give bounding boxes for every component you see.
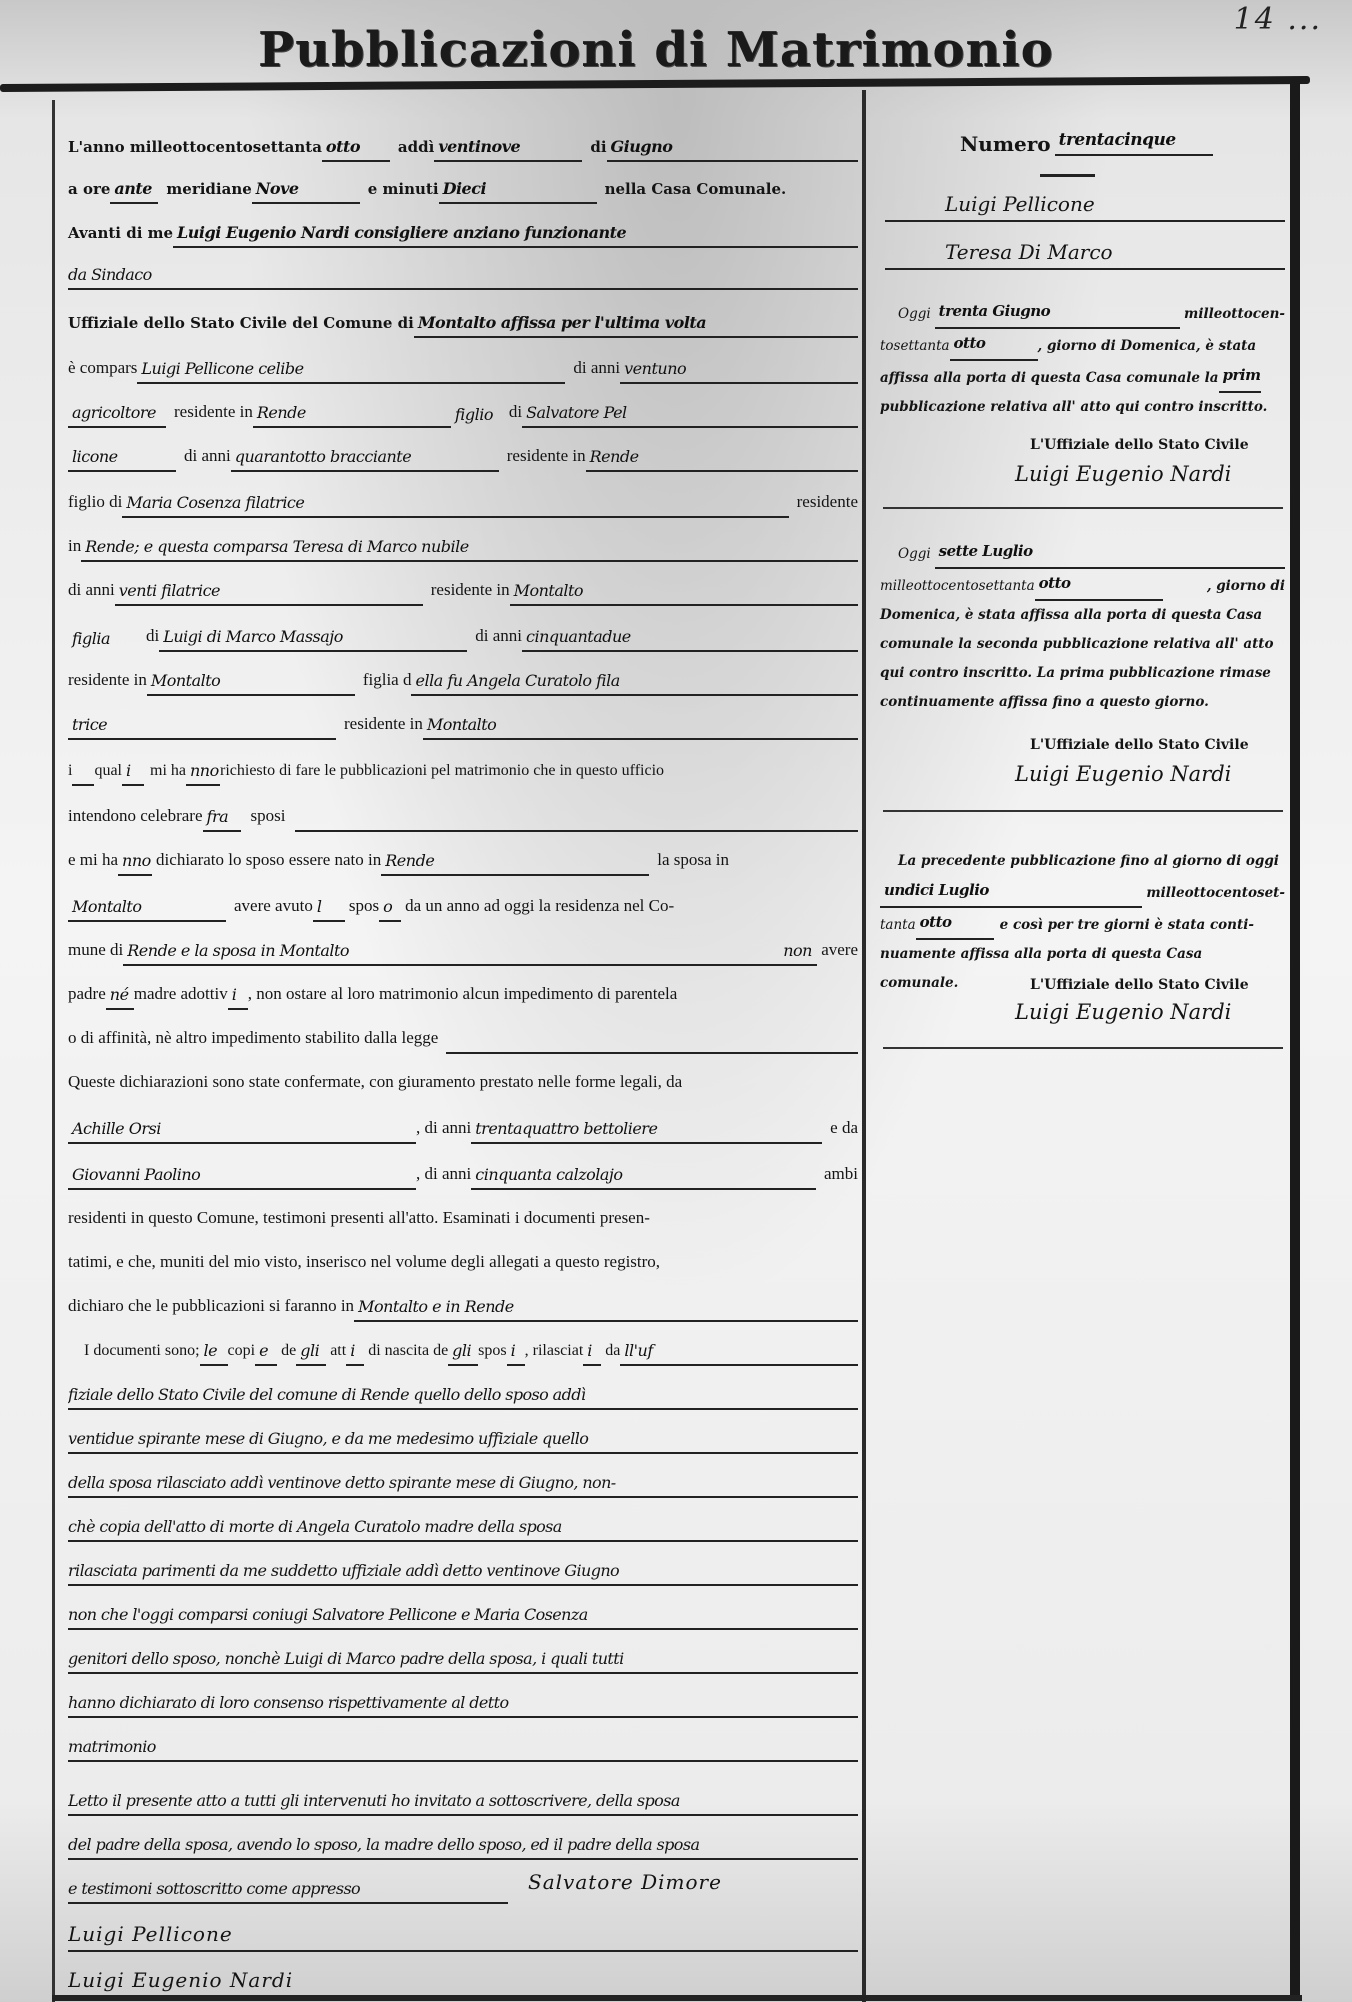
- field-bride-age: venti filatrice: [115, 581, 423, 606]
- field-pub2-year: otto: [1035, 569, 1163, 601]
- field-father-age: quarantotto bracciante: [231, 447, 499, 472]
- text-pubblicazione-relativa: pubblicazione relativa all' atto qui con…: [880, 399, 1267, 415]
- field-month: Giugno: [607, 137, 858, 162]
- handwritten-line: della sposa rilasciato addì ventinove de…: [68, 1460, 858, 1498]
- line-bride-father: figlia di Luigi di Marco Massajo di anni…: [68, 612, 858, 652]
- field-ne: né: [106, 985, 134, 1010]
- text-tre-giorni: e così per tre giorni è stata conti-: [1000, 911, 1254, 940]
- field-bride-name: Rende; e questa comparsa Teresa di Marco…: [81, 537, 858, 562]
- line-mother: figlio di Maria Cosenza filatrice reside…: [68, 478, 858, 518]
- text-tosettanta: tosettanta: [880, 332, 950, 361]
- line-confirmed: Queste dichiarazioni sono state conferma…: [68, 1058, 858, 1098]
- field-groom-birthplace: Rende: [381, 851, 649, 876]
- line-residenti: residenti in questo Comune, testimoni pr…: [68, 1194, 858, 1234]
- text-seconda-pubblicazione: comunale la seconda pubblicazione relati…: [880, 636, 1274, 652]
- record-number: Numero trentacinque: [960, 130, 1213, 156]
- official-title: L'Uffiziale dello Stato Civile: [1030, 737, 1249, 753]
- column-divider: [862, 90, 866, 2002]
- text-e-mi-ha: e mi ha: [68, 850, 118, 876]
- handwritten-line: fiziale dello Stato Civile del comune di…: [68, 1372, 858, 1410]
- field-minutes: Dieci: [439, 179, 597, 204]
- line-comune: Uffiziale dello Stato Civile del Comune …: [68, 298, 858, 338]
- text-mune-di: mune di: [68, 940, 123, 966]
- second-publication: Oggi sette Luglio milleottocentosettanta…: [880, 537, 1285, 717]
- text-att: att: [330, 1342, 346, 1366]
- label-uffiziale-comune: Uffiziale dello Stato Civile del Comune …: [68, 314, 414, 338]
- line-residence-year: Montalto avere avuto l spos o da un anno…: [68, 882, 858, 922]
- text-ambi: ambi: [824, 1164, 858, 1190]
- field-copi-suffix: e: [255, 1341, 277, 1366]
- text-la-sposa-in: la sposa in: [657, 850, 729, 876]
- line-adoptive: padre né madre adottiv i , non ostare al…: [68, 970, 858, 1010]
- label-di-anni: di anni: [184, 446, 231, 472]
- text-copi: copi: [228, 1342, 256, 1366]
- field-publication-places: Montalto e in Rende: [354, 1297, 858, 1322]
- label-numero: Numero: [960, 132, 1051, 156]
- field-groom-name-right: Luigi Pellicone: [885, 182, 1285, 222]
- line-tatimi: tatimi, e che, muniti del mio visto, ins…: [68, 1238, 858, 1278]
- frame-left-border: [52, 100, 55, 2002]
- field-witness1-age: trentaquattro bettoliere: [471, 1119, 822, 1144]
- text-milleottocentosettanta: milleottocentosettanta: [880, 572, 1035, 601]
- text-prima-rimase: qui contro inscritto. La prima pubblicaz…: [880, 665, 1271, 681]
- text-de: de: [281, 1342, 296, 1366]
- section-rule: [883, 507, 1283, 509]
- field-spos-suffix: o: [379, 897, 401, 922]
- label-figlio-di: figlio di: [68, 492, 122, 518]
- field-pub3-date: undici Luglio: [880, 876, 1142, 908]
- label-meridiane: meridiane: [166, 180, 251, 204]
- label-figlia-d: figlia d: [363, 670, 412, 696]
- text-da: da: [605, 1342, 620, 1366]
- field-ante: ante: [110, 179, 158, 204]
- line-bride: in Rende; e questa comparsa Teresa di Ma…: [68, 522, 858, 562]
- handwritten-line: matrimonio: [68, 1724, 858, 1762]
- field-l: l: [313, 897, 345, 922]
- line-father: licone di anni quarantotto bracciante re…: [68, 432, 858, 472]
- text-dichiaro: dichiaro che le pubblicazioni si faranno…: [68, 1296, 354, 1322]
- label-residente-in: residente in: [507, 446, 586, 472]
- field-witness1-name: Achille Orsi: [68, 1119, 416, 1144]
- field-bride-mother-residence: Montalto: [423, 715, 858, 740]
- corner-annotation: 14 ...: [1234, 2, 1322, 37]
- field-fra: fra: [203, 807, 241, 832]
- signature-official: Luigi Eugenio Nardi: [68, 1960, 858, 1998]
- official-title: L'Uffiziale dello Stato Civile: [1030, 977, 1249, 993]
- field-figlio: figlio: [451, 405, 509, 428]
- field-spos-suffix: i: [507, 1341, 525, 1366]
- line-groom-residence: agricoltore residente in Rende figlio di…: [68, 388, 858, 428]
- field-groom-father: Salvatore Pel: [522, 403, 858, 428]
- text-impedimento: , non ostare al loro matrimonio alcun im…: [248, 984, 678, 1010]
- text-qual: qual: [94, 762, 122, 786]
- field-groom-profession: agricoltore: [68, 403, 166, 428]
- frame-right-border: [1290, 80, 1300, 2000]
- field-pub1-which: prima: [1219, 361, 1261, 393]
- label-residente-in: residente in: [174, 402, 253, 428]
- line-affinita: o di affinità, nè altro impedimento stab…: [68, 1014, 858, 1054]
- handwritten-line: del padre della sposa, avendo lo sposo, …: [68, 1822, 858, 1860]
- handwritten-line: Letto il presente atto a tutti gli inter…: [68, 1778, 858, 1816]
- field-pub3-year: otto: [916, 908, 994, 940]
- text-di-anni: , di anni: [416, 1164, 471, 1190]
- field-witness2-name: Giovanni Paolino: [68, 1165, 416, 1190]
- text-spos: spos: [478, 1342, 506, 1366]
- label-residente-in: residente in: [431, 580, 510, 606]
- handwritten-line: ventidue spirante mese di Giugno, e da m…: [68, 1416, 858, 1454]
- handwritten-line: rilasciata parimenti da me suddetto uffi…: [68, 1548, 858, 1586]
- field-father-surname: licone: [68, 447, 176, 472]
- text-di-anni: , di anni: [416, 1118, 471, 1144]
- label-compars: è compars: [68, 358, 137, 384]
- handwritten-line: non che l'oggi comparsi coniugi Salvator…: [68, 1592, 858, 1630]
- text-rilasciat: , rilasciat: [525, 1342, 584, 1366]
- text-documenti: I documenti sono;: [84, 1342, 200, 1366]
- field-issuer: ll'uf: [620, 1341, 858, 1366]
- label-oggi: Oggi: [898, 540, 931, 569]
- text-tatimi: tatimi, e che, muniti del mio visto, ins…: [68, 1252, 660, 1278]
- field-comune: Montalto affissa per l'ultima volta: [414, 313, 858, 338]
- third-publication: La precedente pubblicazione fino al gior…: [880, 847, 1285, 998]
- field-gli2: gli: [448, 1341, 478, 1366]
- field-bride-father-residence: Montalto: [147, 671, 355, 696]
- text-milleottocen: milleottocen-: [1184, 300, 1285, 329]
- handwritten-line: chè copia dell'atto di morte di Angela C…: [68, 1504, 858, 1542]
- text-precedente: La precedente pubblicazione fino al gior…: [898, 853, 1279, 869]
- label-ore: a ore: [68, 180, 110, 204]
- field-numero: trentacinque: [1055, 130, 1213, 156]
- label-di: di: [146, 626, 159, 652]
- signature-witness: Salvatore Dimore: [528, 1870, 722, 1894]
- text-continuamente: continuamente affissa fino a questo gior…: [880, 694, 1209, 710]
- line-da-sindaco: da Sindaco: [68, 252, 858, 290]
- field-qual-suffix: i: [122, 761, 144, 786]
- field-bride-father: Luigi di Marco Massajo: [159, 627, 467, 652]
- field-rilasciat-suffix: i: [583, 1341, 601, 1366]
- text-affinita: o di affinità, nè altro impedimento stab…: [68, 1028, 438, 1054]
- text-tanta: tanta: [880, 911, 916, 940]
- field-groom-name: Luigi Pellicone celibe: [137, 359, 565, 384]
- decorative-dash: [1040, 174, 1095, 177]
- field-pub1-date: trenta Giugno: [935, 297, 1180, 329]
- text-sposi: sposi: [251, 806, 286, 832]
- line-before-me: Avanti di me Luigi Eugenio Nardi consigl…: [68, 208, 858, 248]
- label-di-anni: di anni: [68, 580, 115, 606]
- line-hour: a ore ante meridiane Nove e minuti Dieci…: [68, 164, 858, 204]
- text-mi-ha: mi ha: [150, 762, 186, 786]
- line-birthplace: e mi ha nno dichiarato lo sposo essere n…: [68, 836, 858, 876]
- document-title: Pubblicazioni di Matrimonio: [258, 22, 1054, 78]
- field-att-suffix: i: [346, 1341, 364, 1366]
- text-dichiarato: dichiarato lo sposo essere nato in: [156, 850, 381, 876]
- field-official-name: Luigi Eugenio Nardi consigliere anziano …: [173, 223, 858, 248]
- first-publication: Oggi trenta Giugno milleottocen- tosetta…: [880, 297, 1285, 422]
- line-pubblicazioni-place: dichiaro che le pubblicazioni si faranno…: [68, 1282, 858, 1322]
- field-bride-father-age: cinquantadue: [522, 627, 858, 652]
- label-oggi: Oggi: [898, 300, 931, 329]
- section-rule: [883, 1047, 1283, 1049]
- field-bride-birthplace: Montalto: [68, 897, 226, 922]
- label-avanti: Avanti di me: [68, 224, 173, 248]
- field-figlia: figlia: [68, 629, 146, 652]
- label-minuti: e minuti: [368, 180, 439, 204]
- label-residente: residente: [797, 492, 858, 518]
- label-year: L'anno milleottocentosettanta: [68, 138, 322, 162]
- text-spos: spos: [349, 896, 379, 922]
- text-intendono: intendono celebrare: [68, 806, 203, 832]
- line-bride-mother: residente in Montalto figlia d ella fu A…: [68, 656, 858, 696]
- field-blank-line: [446, 1048, 858, 1054]
- text-domenica-affissa: Domenica, è stata affissa alla porta di …: [880, 607, 1262, 623]
- signature-official-pub3: Luigi Eugenio Nardi: [1015, 1000, 1275, 1036]
- signature-official-pub2: Luigi Eugenio Nardi: [1015, 762, 1275, 798]
- line-witness1: Achille Orsi , di anni trentaquattro bet…: [68, 1104, 858, 1144]
- field-non: non: [779, 941, 817, 966]
- line-bride-age: di anni venti filatrice residente in Mon…: [68, 566, 858, 606]
- label-di: di: [509, 402, 522, 428]
- text-nascita: di nascita de: [368, 1342, 448, 1366]
- field-day: ventinove: [434, 137, 582, 162]
- field-bride-mother: ella fu Angela Curatolo fila: [411, 671, 858, 696]
- label-in: in: [68, 536, 81, 562]
- field-le: le: [200, 1341, 228, 1366]
- text-e-da: e da: [830, 1118, 858, 1144]
- field-bride-name-right: Teresa Di Marco: [885, 230, 1285, 270]
- text-padre: padre: [68, 984, 106, 1010]
- field-groom-residence: Rende: [253, 403, 451, 428]
- field-pub1-year: otto: [950, 329, 1038, 361]
- handwritten-line: hanno dichiarato di loro consenso rispet…: [68, 1680, 858, 1718]
- field-hour: Nove: [252, 179, 360, 204]
- signature-official-pub1: Luigi Eugenio Nardi: [1015, 462, 1275, 498]
- field-blank: [72, 780, 94, 786]
- text-avere: avere: [821, 940, 858, 966]
- line-groom: è compars Luigi Pellicone celibe di anni…: [68, 344, 858, 384]
- line-bride-mother-residence: trice residente in Montalto: [68, 700, 858, 740]
- label-di: di: [590, 138, 606, 162]
- label-residente-in: residente in: [68, 670, 147, 696]
- field-witness2-age: cinquanta calzolajo: [471, 1165, 816, 1190]
- label-residente-in: residente in: [344, 714, 423, 740]
- line-documents: I documenti sono; le copi e de gli att i…: [68, 1326, 858, 1366]
- text-giorno-di: , giorno di: [1207, 572, 1285, 601]
- field-hanno: nno: [118, 851, 152, 876]
- text-milleottocentoset: milleottocentoset-: [1146, 879, 1285, 908]
- text-residenza: da un anno ad oggi la residenza nel Co-: [405, 896, 674, 922]
- field-year: otto: [322, 137, 390, 162]
- text-affissa: affissa alla porta di questa Casa comuna…: [880, 364, 1219, 393]
- signature-groom: Luigi Pellicone: [68, 1914, 858, 1952]
- section-rule: [883, 810, 1283, 812]
- field-hanno-suffix: nno: [186, 761, 220, 786]
- field-residence-comuni: Rende e la sposa in Montalto: [123, 941, 779, 966]
- line-celebrate: intendono celebrare fra sposi: [68, 792, 858, 832]
- text-avere-avuto: avere avuto: [234, 896, 313, 922]
- label-casa-comunale: nella Casa Comunale.: [605, 180, 787, 204]
- field-groom-mother: Maria Cosenza filatrice: [122, 493, 788, 518]
- handwritten-line: e testimoni sottoscritto come appresso: [68, 1866, 508, 1904]
- field-bride-mother-profession: trice: [68, 715, 336, 740]
- text-madre-adottiv: madre adottiv: [134, 984, 228, 1010]
- label-di-anni: di anni: [475, 626, 522, 652]
- field-bride-residence: Montalto: [510, 581, 858, 606]
- line-request: i qual i mi ha nno richiesto di fare le …: [68, 746, 858, 786]
- text-domenica: , giorno di Domenica, è stata: [1038, 332, 1257, 361]
- field-father-residence: Rende: [586, 447, 858, 472]
- field-pub2-date: sette Luglio: [935, 537, 1285, 569]
- field-groom-age: ventuno: [620, 359, 858, 384]
- label-di-anni: di anni: [573, 358, 620, 384]
- line-comune-residence: mune di Rende e la sposa in Montalto non…: [68, 926, 858, 966]
- line-witness2: Giovanni Paolino , di anni cinquanta cal…: [68, 1150, 858, 1190]
- label-addi: addì: [398, 138, 434, 162]
- text-request: richiesto di fare le pubblicazioni pel m…: [220, 762, 664, 786]
- line-year-date: L'anno milleottocentosettanta otto addì …: [68, 122, 858, 162]
- text-confermate: Queste dichiarazioni sono state conferma…: [68, 1072, 682, 1098]
- official-title: L'Uffiziale dello Stato Civile: [1030, 437, 1249, 453]
- field-blank-line: [295, 826, 858, 832]
- text-residenti: residenti in questo Comune, testimoni pr…: [68, 1208, 650, 1234]
- handwritten-line: genitori dello sposo, nonchè Luigi di Ma…: [68, 1636, 858, 1674]
- field-adottiv-suffix: i: [228, 985, 248, 1010]
- field-gli: gli: [296, 1341, 326, 1366]
